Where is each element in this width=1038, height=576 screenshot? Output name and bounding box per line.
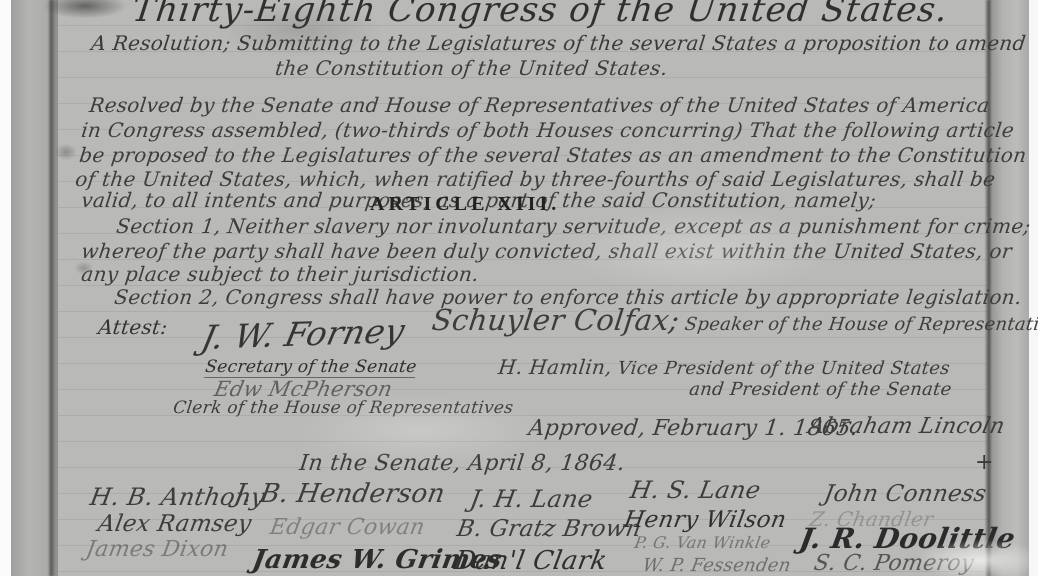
colfax-title: Speaker of the House of Representatives [684, 314, 1038, 335]
resolved-line-1: Resolved by the Senate and House of Repr… [88, 93, 991, 117]
resolution-caption-line1: A Resolution; Submitting to the Legislat… [90, 31, 1027, 55]
hamlin-title-line2: and President of the Senate [688, 379, 953, 400]
signature-wilson: Henry Wilson [622, 507, 788, 533]
signature-fessenden: W. P. Fessenden [641, 555, 793, 576]
signature-clark: Dan'l Clark [452, 546, 609, 576]
signature-henderson: J. B. Henderson [232, 479, 447, 509]
mcpherson-title: Clerk of the House of Representatives [172, 398, 514, 418]
document-photo: Thirty-Eighth Congress of the United Sta… [0, 0, 1038, 576]
section1-line-1: Section 1, Neither slavery nor involunta… [115, 214, 1032, 238]
scan-border-right [1029, 0, 1038, 576]
section1-line-2: whereof the party shall have been duly c… [80, 239, 1013, 263]
hamlin-line1: H. Hamlin, Vice President of the United … [497, 355, 951, 379]
congress-title: Thirty-Eighth Congress of the United Sta… [130, 0, 935, 30]
article-heading: ARTICLE XIII. [370, 193, 560, 216]
signature-cowan: Edgar Cowan [268, 515, 427, 540]
signature-hslane: H. S. Lane [628, 476, 763, 504]
senate-caption: In the Senate, April 8, 1864. [298, 451, 626, 476]
signature-pomeroy: S. C. Pomeroy [812, 551, 976, 576]
resolved-line-3: be proposed to the Legislatures of the s… [78, 143, 1028, 167]
signature-gratz-brown: B. Gratz Brown [455, 516, 643, 542]
forney-title: Secretary of the Senate [204, 357, 418, 378]
colfax-line: Schuyler Colfax; Speaker of the House of… [430, 303, 1038, 337]
signature-conness: John Conness [822, 481, 988, 507]
hamlin-signature: H. Hamlin, [497, 355, 613, 379]
attest-label: Attest: [97, 315, 169, 339]
resolution-caption-line2: the Constitution of the United States. [255, 56, 688, 80]
signature-ramsey: Alex Ramsey [96, 511, 254, 537]
scan-border-left [0, 0, 11, 576]
registration-cross-mark: + [975, 450, 993, 475]
hamlin-title-line1: Vice President of the United States [617, 358, 952, 379]
signature-dixon: James Dixon [84, 537, 230, 562]
section1-line-3: any place subject to their jurisdiction. [80, 262, 480, 286]
signature-van-winkle: P. G. Van Winkle [633, 533, 772, 552]
forney-signature: J. W. Forney [198, 311, 409, 357]
resolved-line-2: in Congress assembled, (two-thirds of bo… [80, 118, 1016, 142]
colfax-signature: Schuyler Colfax; [430, 303, 681, 337]
signature-jhlane: J. H. Lane [468, 485, 595, 513]
lincoln-signature: Abraham Lincoln [806, 414, 1007, 439]
paper-seam-left [48, 0, 55, 576]
